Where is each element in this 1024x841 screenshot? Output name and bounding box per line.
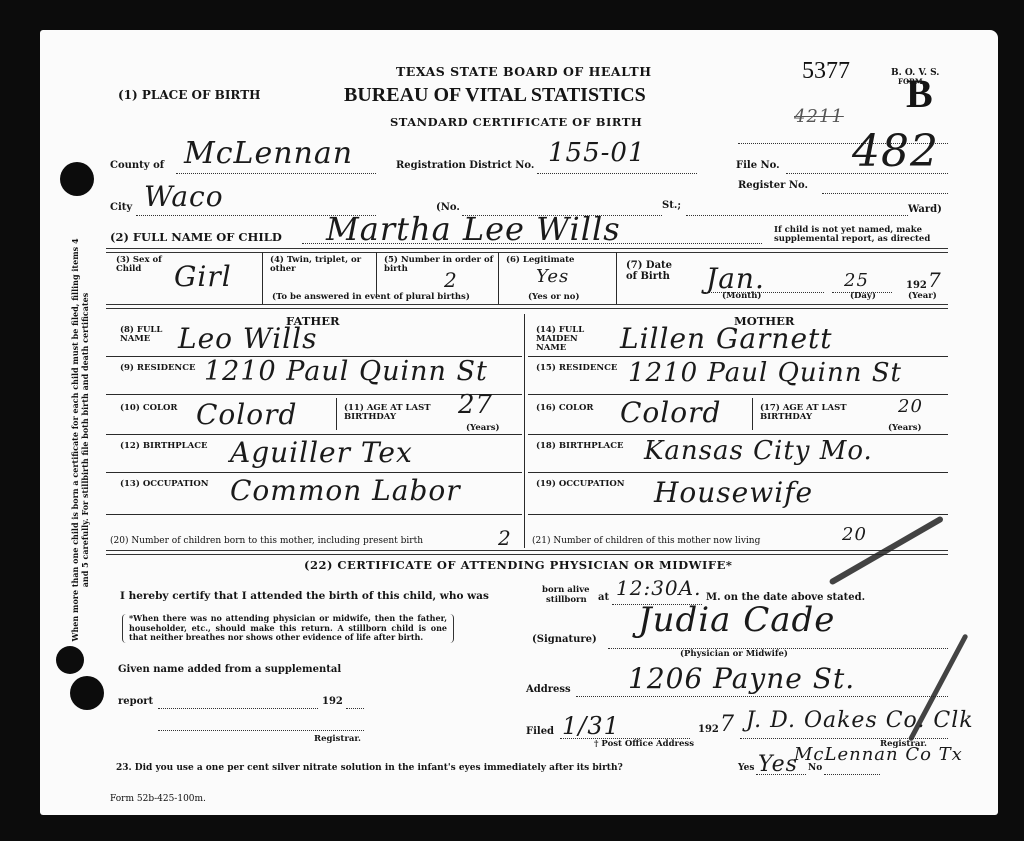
filed-label: Filed — [526, 726, 554, 737]
county-label: County of — [110, 160, 164, 171]
father-birthplace-value: Aguiller Tex — [230, 436, 413, 469]
father-name-value: Leo Wills — [178, 322, 317, 355]
physician-address: 1206 Payne St. — [628, 662, 855, 695]
certificate-subtitle: STANDARD CERTIFICATE OF BIRTH — [390, 115, 642, 129]
mother-color-label: (16) COLOR — [536, 404, 593, 413]
ward-label: Ward) — [908, 204, 942, 215]
child-name-value: Martha Lee Wills — [326, 210, 621, 248]
certify-text: I hereby certify that I attended the bir… — [120, 590, 489, 602]
file-no-value: 482 — [852, 126, 939, 177]
registrar-signature: J. D. Oakes Co. Clk — [746, 708, 974, 733]
sex-label: (3) Sex of Child — [116, 256, 176, 274]
father-occupation-value: Common Labor — [230, 474, 461, 507]
mother-color-value: Colord — [620, 396, 721, 429]
dob-year-prefix: 192 — [906, 280, 927, 291]
mother-occupation-value: Housewife — [654, 476, 813, 509]
father-residence-value: 1210 Paul Quinn St — [204, 356, 488, 387]
register-no-label: Register No. — [738, 180, 808, 191]
punch-hole — [70, 676, 104, 710]
section-place-of-birth: (1) PLACE OF BIRTH — [118, 88, 260, 102]
board-title: TEXAS STATE BOARD OF HEALTH — [396, 64, 652, 79]
certificate-heading: (22) CERTIFICATE OF ATTENDING PHYSICIAN … — [304, 558, 732, 572]
punch-hole — [56, 646, 84, 674]
supplemental-label: Given name added from a supplemental — [118, 664, 341, 675]
form-number: Form 52b-425-100m. — [110, 795, 206, 804]
mother-age-label: (17) AGE AT LAST BIRTHDAY — [760, 404, 870, 422]
year-caption: (Year) — [908, 292, 937, 301]
legitimate-label: (6) Legitimate — [506, 256, 574, 265]
dob-label-text: (7) Date of Birth — [626, 260, 672, 282]
city-value: Waco — [144, 180, 224, 213]
form-vertical: FORM — [898, 78, 906, 85]
dob-year-suffix: 7 — [928, 268, 942, 292]
reg-district-label: Registration District No. — [396, 160, 534, 171]
bureau-title: BUREAU OF VITAL STATISTICS — [344, 84, 646, 107]
mother-residence-label: (15) RESIDENCE — [536, 364, 617, 373]
month-caption: (Month) — [722, 292, 761, 301]
mother-age-value: 20 — [898, 396, 923, 417]
legitimate-options: (Yes or no) — [528, 293, 579, 302]
born-alive-option: born alive — [542, 586, 590, 595]
filed-date: 1/31 — [562, 712, 620, 740]
plural-label: (4) Twin, triplet, or other — [270, 256, 366, 274]
plural-note: (To be answered in event of plural birth… — [272, 293, 470, 302]
address-label: Address — [526, 684, 571, 695]
mother-birthplace-value: Kansas City Mo. — [644, 436, 873, 466]
order-label: (5) Number in order of birth — [384, 256, 494, 274]
children-living-value: 20 — [842, 524, 867, 545]
father-color-value: Colord — [196, 398, 297, 431]
filed-year-prefix: 192 — [698, 724, 719, 735]
city-label: City — [110, 202, 132, 213]
silver-nitrate-question: 23. Did you use a one per cent silver ni… — [116, 764, 623, 773]
father-birthplace-label: (12) BIRTHPLACE — [120, 442, 207, 451]
county-stamp: McLennan Co Tx — [794, 744, 963, 765]
father-age-label: (11) AGE AT LAST BIRTHDAY — [344, 404, 454, 422]
signature-label: (Signature) — [532, 634, 597, 645]
attending-note: *When there was no attending physician o… — [122, 614, 454, 643]
mother-birthplace-label: (18) BIRTHPLACE — [536, 442, 623, 451]
form-letter: B — [906, 70, 933, 117]
dob-day: 25 — [844, 270, 869, 291]
reg-district-value: 155-01 — [548, 138, 646, 168]
report-label: report — [118, 696, 153, 707]
mother-residence-value: 1210 Paul Quinn St — [628, 358, 902, 388]
father-color-label: (10) COLOR — [120, 404, 177, 413]
serial-number: 5377 — [802, 58, 850, 85]
child-name-label: (2) FULL NAME OF CHILD — [110, 230, 282, 244]
signature-caption: (Physician or Midwife) — [680, 650, 788, 659]
silver-nitrate-yes-label: Yes — [738, 764, 754, 773]
birth-time-value: 12:30A. — [616, 576, 701, 600]
silver-nitrate-answer: Yes — [758, 752, 798, 777]
struck-file-number: 4211 — [794, 106, 844, 127]
mother-name-value: Lillen Garnett — [620, 322, 833, 355]
silver-nitrate-no-label: No — [808, 764, 822, 773]
father-name-label: (8) FULL NAME — [120, 326, 164, 344]
birth-certificate: When more than one child is born a certi… — [40, 30, 998, 815]
dob-label: (7) Date of Birth — [626, 260, 676, 282]
margin-instruction: When more than one child is born a certi… — [70, 230, 90, 650]
order-value: 2 — [444, 268, 458, 292]
father-years-caption: (Years) — [466, 424, 500, 433]
registrar-left-caption: Registrar. — [314, 735, 361, 744]
name-note-2: supplemental report, as directed — [774, 235, 930, 244]
day-caption: (Day) — [850, 292, 876, 301]
filed-year-suffix: 7 — [720, 712, 735, 737]
children-born-value: 2 — [498, 526, 512, 550]
report-year: 192 — [322, 696, 343, 707]
county-value: McLennan — [184, 136, 353, 171]
mother-name-label: (14) FULL MAIDEN NAME — [536, 326, 600, 353]
legitimate-value: Yes — [536, 266, 569, 287]
stillborn-option: stillborn — [546, 596, 587, 605]
post-office-note: † Post Office Address — [594, 740, 694, 749]
street-label: St.; — [662, 200, 681, 211]
father-age-value: 27 — [458, 390, 493, 420]
father-residence-label: (9) RESIDENCE — [120, 364, 195, 373]
father-occupation-label: (13) OCCUPATION — [120, 480, 209, 489]
children-born-label: (20) Number of children born to this mot… — [110, 537, 423, 546]
sex-value: Girl — [174, 260, 232, 293]
punch-hole — [60, 162, 94, 196]
file-no-label: File No. — [736, 160, 780, 171]
physician-signature: Judia Cade — [638, 600, 835, 640]
mother-years-caption: (Years) — [888, 424, 922, 433]
at-label: at — [598, 592, 609, 603]
mother-occupation-label: (19) OCCUPATION — [536, 480, 625, 489]
children-living-label: (21) Number of children of this mother n… — [532, 537, 760, 546]
